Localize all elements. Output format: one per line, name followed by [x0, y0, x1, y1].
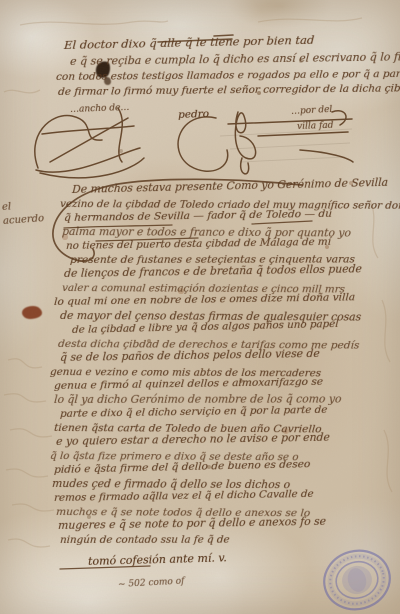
- manuscript-line: de la çibdad e libre ya q̃ dos algos pañ…: [72, 319, 339, 335]
- signature-right-name: pedro: [178, 109, 209, 121]
- signature-right-caption: …por del: [291, 106, 333, 117]
- manuscript-line: pidió e q̃sta firme del q̃ dello de buen…: [54, 459, 311, 475]
- manuscript-line: desta dicha çibdad de derechos e tarifas…: [58, 339, 360, 351]
- ink-blot-small: [104, 77, 111, 85]
- manuscript-line: El doctor dixo q̃ alle q̃ le tiene por b…: [64, 35, 315, 52]
- ink-specks: [0, 0, 2, 2]
- manuscript-line: De muchos estava presente Como yo Geróni…: [72, 178, 388, 196]
- ghost-strokes: [4, 18, 392, 547]
- manuscript-line: no tienes del puerto desta çibdad de Mál…: [66, 237, 331, 251]
- manuscript-line: de firmar lo firmó muy fuerte el señor c…: [58, 83, 400, 97]
- archive-stamp: [318, 543, 397, 614]
- manuscript-line: tienen q̃sta carta de Toledo de buen año…: [54, 423, 322, 435]
- ghost-ruled-lines: [220, 129, 352, 162]
- margin-note-line: el: [2, 202, 12, 213]
- manuscript-line: ningún de contado ssu la fe q̃ de: [60, 535, 230, 546]
- signature-left-caption: …ancho de…: [70, 104, 130, 115]
- manuscript-line: e yo quiero estar a derecho no le aviso …: [56, 433, 330, 448]
- manuscript-line: remos e firmado aq̃lla vez el q̃ el dich…: [54, 489, 314, 503]
- manuscript-line: genua e firmó al quinzel dellos e almoxa…: [54, 377, 324, 392]
- manuscript-line: presente de fustanes e seteçientas e çin…: [70, 255, 356, 266]
- manuscript-line: q̃ se de los paños de dichos pelos dello…: [60, 349, 320, 364]
- signature-right-caption: villa fad: [297, 122, 334, 132]
- ink-overlay: [0, 0, 400, 614]
- paper-showthrough-layer: [0, 0, 400, 614]
- ink-blot: [94, 59, 113, 79]
- manuscript-line: vezino de la çibdad de Toledo criado del…: [60, 199, 400, 211]
- manuscript-line: palma mayor e todos e franco e dixo q̃ p…: [62, 227, 352, 239]
- manuscript-line: de lienços de francos e de bretaña q̃ to…: [64, 264, 362, 279]
- manuscript-line: genua e vezino e como mis abtos de los m…: [50, 367, 322, 379]
- manuscript-line: lo qual mi one en nobre de los e omes di…: [54, 292, 356, 307]
- manuscript-line: valer a comunal estimaçión dozientas e ç…: [62, 283, 346, 295]
- margin-note-line: acuerdo: [3, 214, 45, 227]
- paragraph-flourish: [53, 179, 302, 261]
- manuscript-line: e q̃ se reçiba e cumpla lo q̃ dicho es a…: [70, 51, 400, 67]
- signature-left-rubric: [35, 108, 144, 178]
- manuscript-line: q̃ hermandos de Sevilla — fador q̃ de To…: [64, 209, 333, 224]
- red-wax-stain: [22, 306, 42, 319]
- manuscript-line: de mayor del çenso destas firmas de qual…: [60, 311, 362, 323]
- manuscript-line: parte e dixo q̃ el dicho serviçio en q̃ …: [60, 405, 328, 420]
- manuscript-page: El doctor dixo q̃ alle q̃ le tiene por b…: [0, 0, 400, 614]
- date-line: ~ 502 como of: [118, 578, 185, 590]
- manuscript-line: q̃ lo q̃sta fize primero e dixo q̃ se de…: [50, 451, 299, 463]
- header-rule: [158, 35, 233, 42]
- manuscript-line: lo q̃l ya dicho Gerónimo de nombre de lo…: [54, 394, 342, 405]
- manuscript-line: muchos e q̃ se note todos q̃ dello e ane…: [56, 507, 311, 519]
- paper-grain: [0, 0, 400, 614]
- body-underlines: [60, 221, 312, 569]
- manuscript-line: mugeres e q̃ se note to por q̃ dello e a…: [58, 517, 327, 532]
- manuscript-line: mudes çed e firmado q̃ dello se los dich…: [52, 479, 291, 491]
- closing-line: tomó cofesión ante mí. v.: [88, 552, 227, 567]
